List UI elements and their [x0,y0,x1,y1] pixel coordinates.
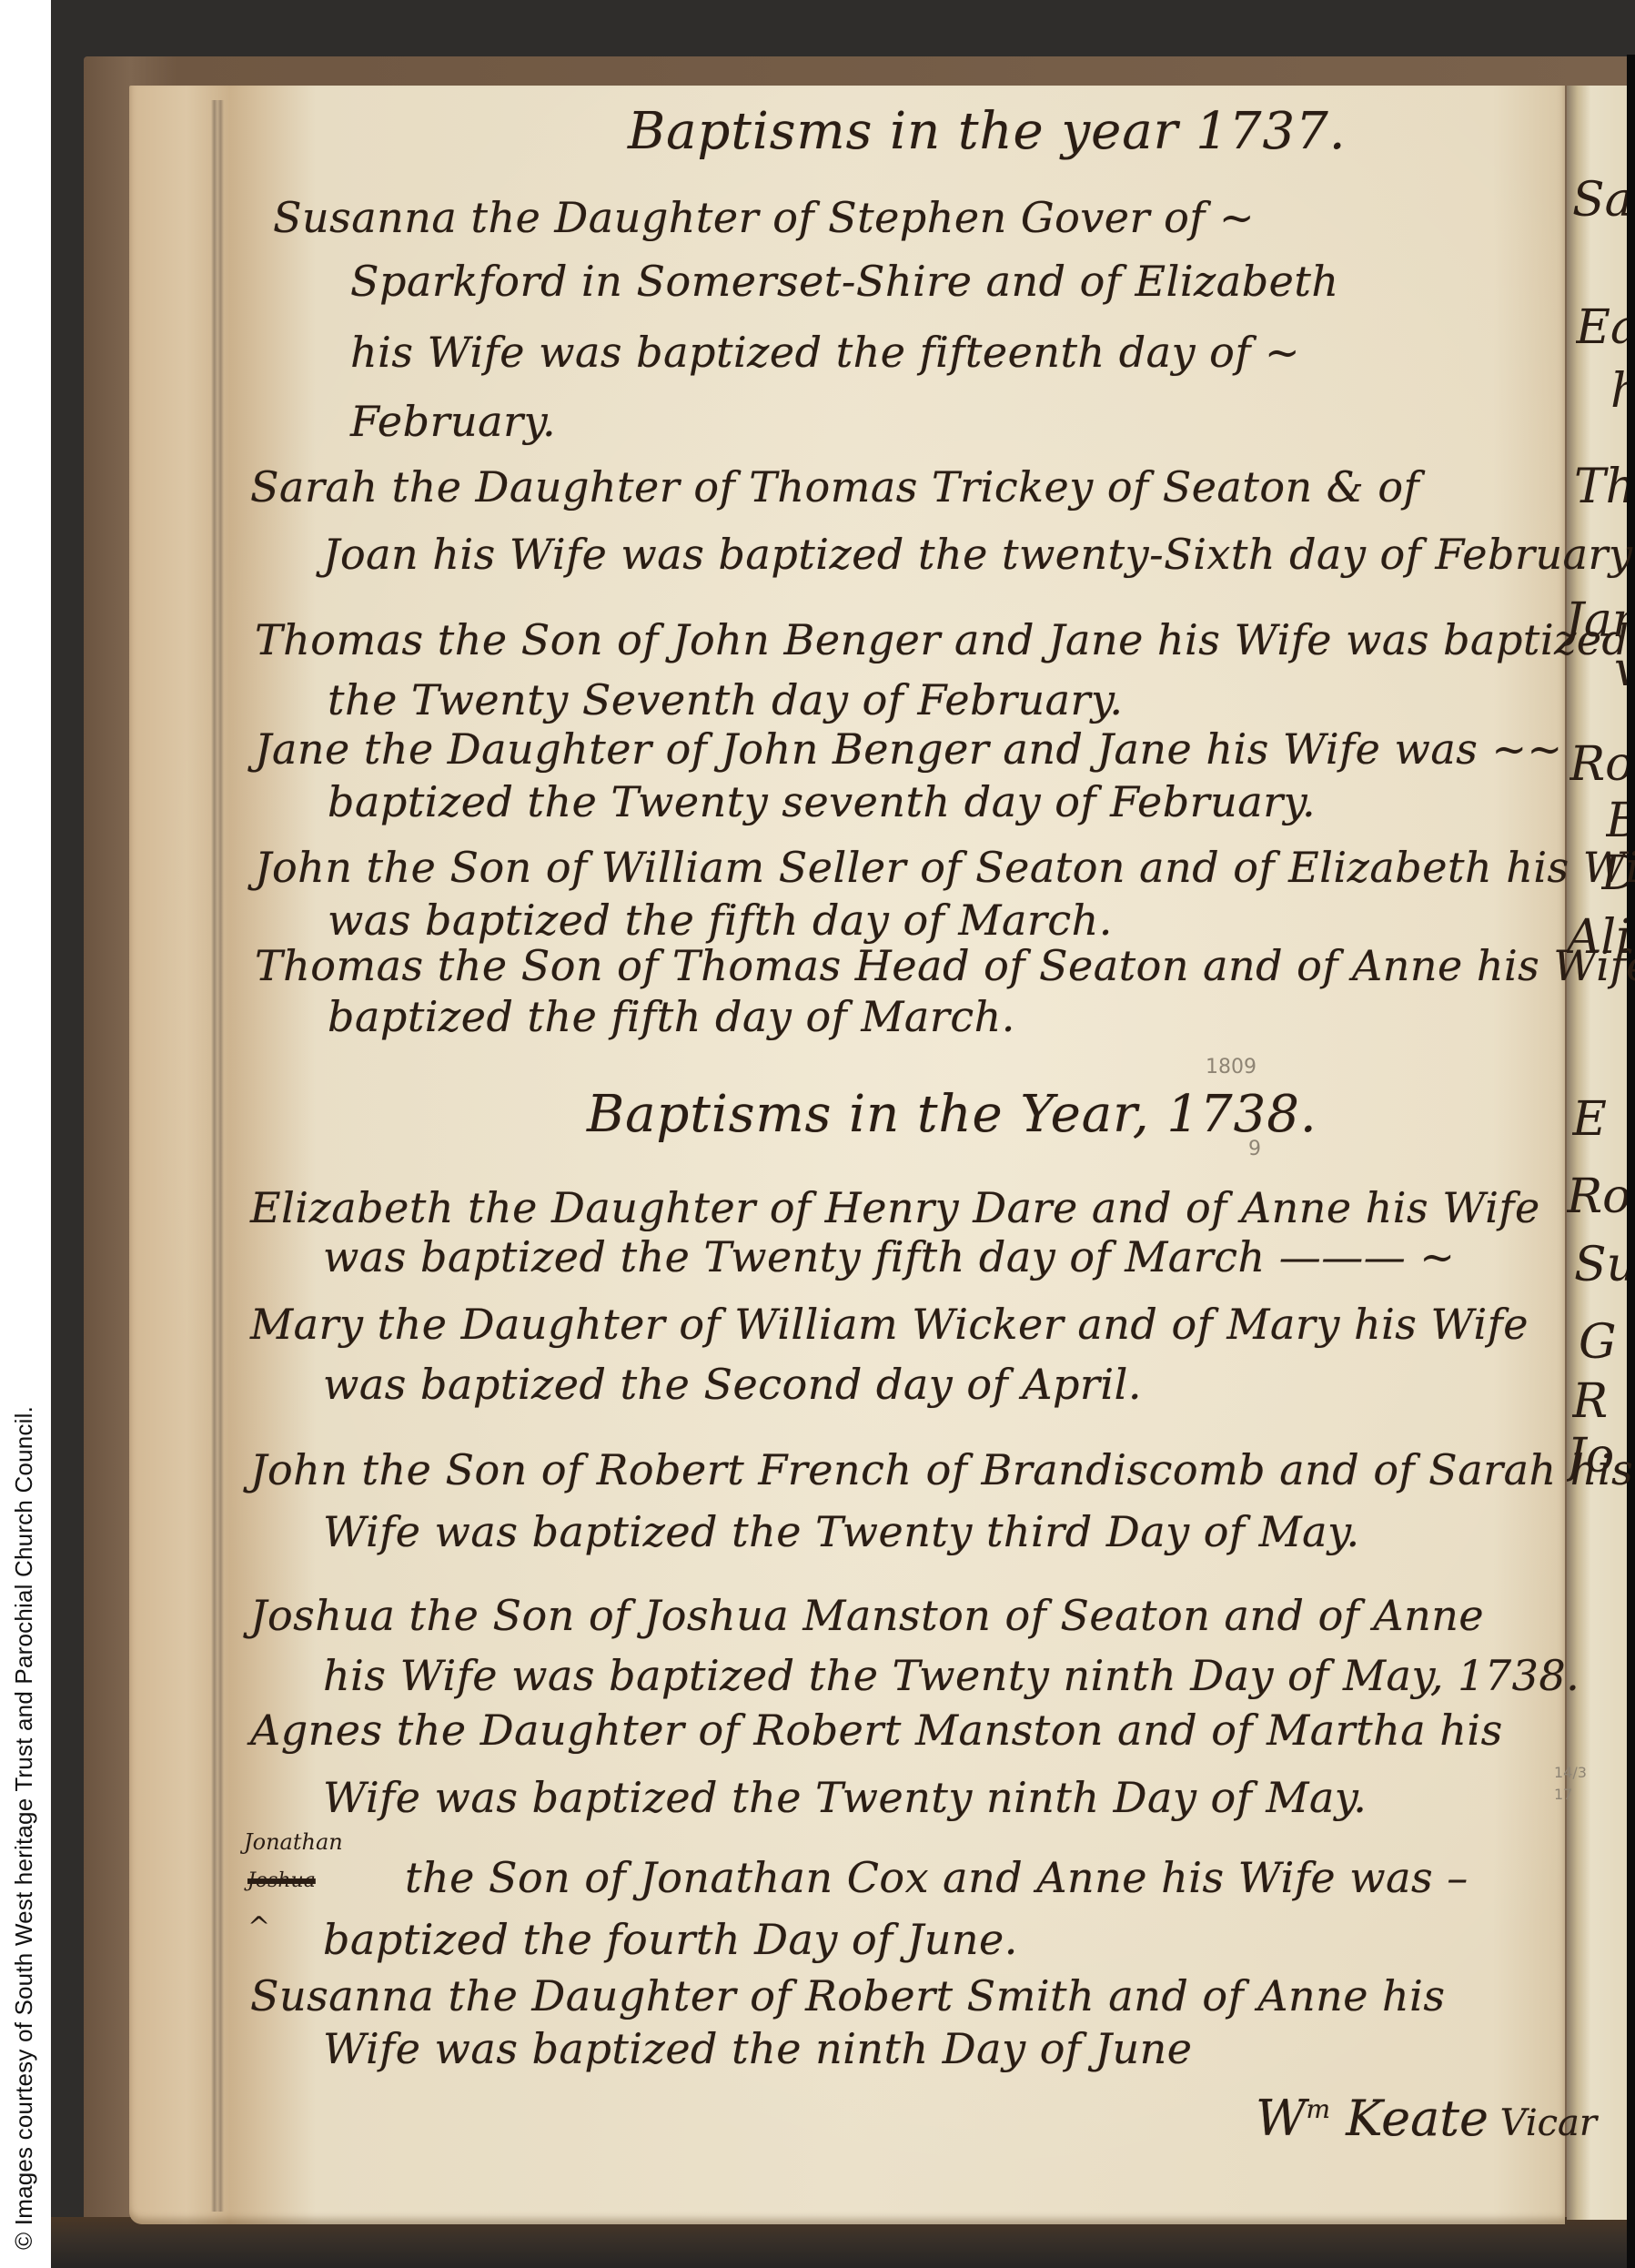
facing-page-fragment: B [1606,794,1627,848]
entry-line: baptized the fifth day of March. [328,992,1015,1041]
entry-line: the Twenty Seventh day of February. [328,675,1124,724]
entry-line: Sparkford in Somerset-Shire and of Eliza… [350,257,1338,306]
facing-page-fragment: D [1601,846,1627,901]
facing-page-fragment: Jan [1565,593,1627,648]
entry-line: baptized the fourth Day of June. [323,1915,1018,1964]
signature-title: Vicar [1489,2102,1597,2144]
entry-line: Jane the Daughter of John Benger and Jan… [255,724,1563,774]
entry-line: was baptized the Second day of April. [323,1360,1142,1409]
entry-line: Wife was baptized the Twenty ninth Day o… [323,1773,1367,1822]
scan-edge [1627,55,1635,2268]
entry-line: Agnes the Daughter of Robert Manston and… [250,1706,1503,1755]
entry-line: Thomas the Son of Thomas Head of Seaton … [255,941,1635,990]
entry-line: Thomas the Son of John Benger and Jane h… [255,615,1630,664]
entry-line: Susanna the Daughter of Robert Smith and… [250,1971,1445,2020]
entry-line: Sarah the Daughter of Thomas Trickey of … [250,462,1419,511]
register-page [129,86,1565,2224]
facing-page-fragment: Jo [1567,1429,1627,1483]
credit-strip: © Images courtesy of South West heritage… [0,0,51,2268]
book-cover-bottom-edge [51,2217,1635,2268]
entry-line: Mary the Daughter of William Wicker and … [250,1300,1529,1349]
signature-surname: Keate [1330,2090,1489,2147]
entry-line: his Wife was baptized the Twenty ninth D… [323,1651,1579,1700]
copyright-credit: © Images courtesy of South West heritage… [10,1406,38,2250]
margin-pencil-note: 17 [1554,1786,1572,1803]
heading-1737: Baptisms in the year 1737. [628,102,1347,161]
entry-line: his Wife was baptized the fifteenth day … [350,328,1300,377]
insertion-caret: ^ [247,1911,270,1943]
margin-pencil-note: 14/3 [1554,1764,1587,1781]
facing-page-fragment: Su [1574,1238,1627,1292]
vicar-signature: Wm Keate Vicar [1256,2090,1597,2147]
entry-line: John the Son of William Seller of Seaton… [255,843,1635,892]
entry-line: Joan his Wife was baptized the twenty-Si… [323,530,1633,579]
heading-1738: Baptisms in the Year, 1738. [587,1085,1317,1144]
struck-name: Joshua [247,1869,316,1892]
facing-page-fragment: E [1572,1092,1627,1147]
entry-line: Susanna the Daughter of Stephen Gover of… [273,193,1255,242]
facing-page-fragment: v [1614,643,1627,697]
entry-line: the Son of Jonathan Cox and Anne his Wif… [405,1853,1468,1902]
entry-line: Wife was baptized the Twenty third Day o… [323,1507,1360,1556]
facing-page-fragment: Ea [1576,300,1627,355]
facing-page-fragment: G [1579,1315,1627,1370]
entry-line: was baptized the Twenty fifth day of Mar… [323,1232,1455,1281]
page-gutter [211,100,224,2212]
facing-page-fragment: Th [1574,460,1627,514]
entry-line: February. [350,397,556,446]
facing-page-fragment: h [1610,364,1627,419]
entry-line: baptized the Twenty seventh day of Febru… [328,777,1316,826]
entry-line: John the Son of Robert French of Brandis… [250,1445,1633,1494]
facing-page-fragment: Sa [1572,173,1627,228]
facing-page-fragment: R [1572,1374,1627,1429]
entry-line: Wife was baptized the ninth Day of June [323,2024,1192,2073]
facing-page-fragment: Ro [1569,737,1627,792]
signature-superscript: m [1307,2094,1331,2124]
entry-line: Elizabeth the Daughter of Henry Dare and… [250,1183,1540,1232]
signature-initial: W [1256,2090,1307,2147]
inserted-name-correction: Jonathan [244,1829,343,1855]
entry-line: Joshua the Son of Joshua Manston of Seat… [250,1591,1484,1640]
facing-page-fragment: Ro [1567,1169,1627,1224]
pencil-annotation: 1809 [1206,1056,1257,1078]
facing-page-fragment: Ali [1567,910,1627,965]
entry-line: was baptized the fifth day of March. [328,896,1113,945]
